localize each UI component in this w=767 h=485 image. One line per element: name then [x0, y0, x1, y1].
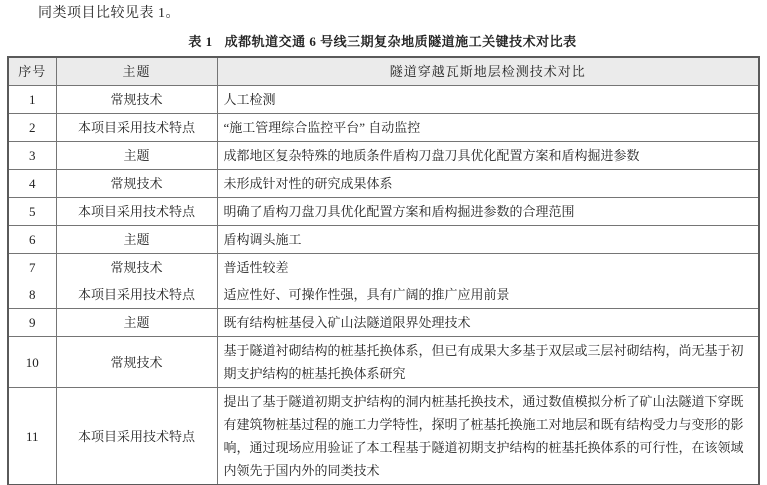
table-row: 4常规技术未形成针对性的研究成果体系	[8, 170, 759, 198]
table-caption-label: 表 1	[188, 34, 212, 49]
cell-num: 4	[8, 170, 56, 198]
cell-content: 提出了基于隧道初期支护结构的洞内桩基托换技术，通过数值模拟分析了矿山法隧道下穿既…	[217, 388, 759, 485]
cell-topic: 本项目采用技术特点	[56, 281, 217, 309]
table-body: 1常规技术人工检测2本项目采用技术特点“施工管理综合监控平台” 自动监控3主题成…	[8, 86, 759, 485]
table-row: 11本项目采用技术特点提出了基于隧道初期支护结构的洞内桩基托换技术，通过数值模拟…	[8, 388, 759, 485]
document-page: { "page": { "background": "#ffffff", "te…	[0, 0, 767, 485]
table-row: 3主题成都地区复杂特殊的地质条件盾构刀盘刀具优化配置方案和盾构掘进参数	[8, 142, 759, 170]
cell-topic: 常规技术	[56, 86, 217, 114]
table-row: 6主题盾构调头施工	[8, 226, 759, 254]
cell-topic: 主题	[56, 226, 217, 254]
column-header-topic: 主题	[56, 57, 217, 86]
comparison-table: 序号 主题 隧道穿越瓦斯地层检测技术对比 1常规技术人工检测2本项目采用技术特点…	[7, 56, 760, 485]
cell-topic: 主题	[56, 142, 217, 170]
table-row: 5本项目采用技术特点明确了盾构刀盘刀具优化配置方案和盾构掘进参数的合理范围	[8, 198, 759, 226]
table-row: 9主题既有结构桩基侵入矿山法隧道限界处理技术	[8, 309, 759, 337]
table-row: 1常规技术人工检测	[8, 86, 759, 114]
cell-num: 1	[8, 86, 56, 114]
column-header-content: 隧道穿越瓦斯地层检测技术对比	[217, 57, 759, 86]
cell-num: 7	[8, 254, 56, 282]
cell-topic: 本项目采用技术特点	[56, 388, 217, 485]
cell-num: 5	[8, 198, 56, 226]
table-row: 8本项目采用技术特点适应性好、可操作性强，具有广阔的推广应用前景	[8, 281, 759, 309]
cell-content: 成都地区复杂特殊的地质条件盾构刀盘刀具优化配置方案和盾构掘进参数	[217, 142, 759, 170]
cell-content: 普适性较差	[217, 254, 759, 282]
cell-num: 3	[8, 142, 56, 170]
cell-topic: 本项目采用技术特点	[56, 114, 217, 142]
table-caption-title: 成都轨道交通 6 号线三期复杂地质隧道施工关键技术对比表	[225, 34, 577, 49]
cell-num: 8	[8, 281, 56, 309]
cell-content: “施工管理综合监控平台” 自动监控	[217, 114, 759, 142]
cell-content: 适应性好、可操作性强，具有广阔的推广应用前景	[217, 281, 759, 309]
cell-topic: 主题	[56, 309, 217, 337]
table-header-row: 序号 主题 隧道穿越瓦斯地层检测技术对比	[8, 57, 759, 86]
table-row: 7常规技术普适性较差	[8, 254, 759, 282]
cell-topic: 常规技术	[56, 254, 217, 282]
cell-topic: 常规技术	[56, 170, 217, 198]
cell-content: 基于隧道衬砌结构的桩基托换体系，但已有成果大多基于双层或三层衬砌结构，尚无基于初…	[217, 337, 759, 388]
table-row: 10常规技术基于隧道衬砌结构的桩基托换体系，但已有成果大多基于双层或三层衬砌结构…	[8, 337, 759, 388]
cell-topic: 本项目采用技术特点	[56, 198, 217, 226]
cell-content: 明确了盾构刀盘刀具优化配置方案和盾构掘进参数的合理范围	[217, 198, 759, 226]
cell-topic: 常规技术	[56, 337, 217, 388]
cell-num: 2	[8, 114, 56, 142]
table-caption: 表 1成都轨道交通 6 号线三期复杂地质隧道施工关键技术对比表	[7, 31, 758, 50]
table-row: 2本项目采用技术特点“施工管理综合监控平台” 自动监控	[8, 114, 759, 142]
cell-content: 既有结构桩基侵入矿山法隧道限界处理技术	[217, 309, 759, 337]
cell-num: 10	[8, 337, 56, 388]
cell-content: 盾构调头施工	[217, 226, 759, 254]
column-header-num: 序号	[8, 57, 56, 86]
cell-content: 未形成针对性的研究成果体系	[217, 170, 759, 198]
intro-paragraph: 同类项目比较见表 1。	[38, 5, 180, 23]
cell-num: 9	[8, 309, 56, 337]
cell-content: 人工检测	[217, 86, 759, 114]
cell-num: 11	[8, 388, 56, 485]
cell-num: 6	[8, 226, 56, 254]
